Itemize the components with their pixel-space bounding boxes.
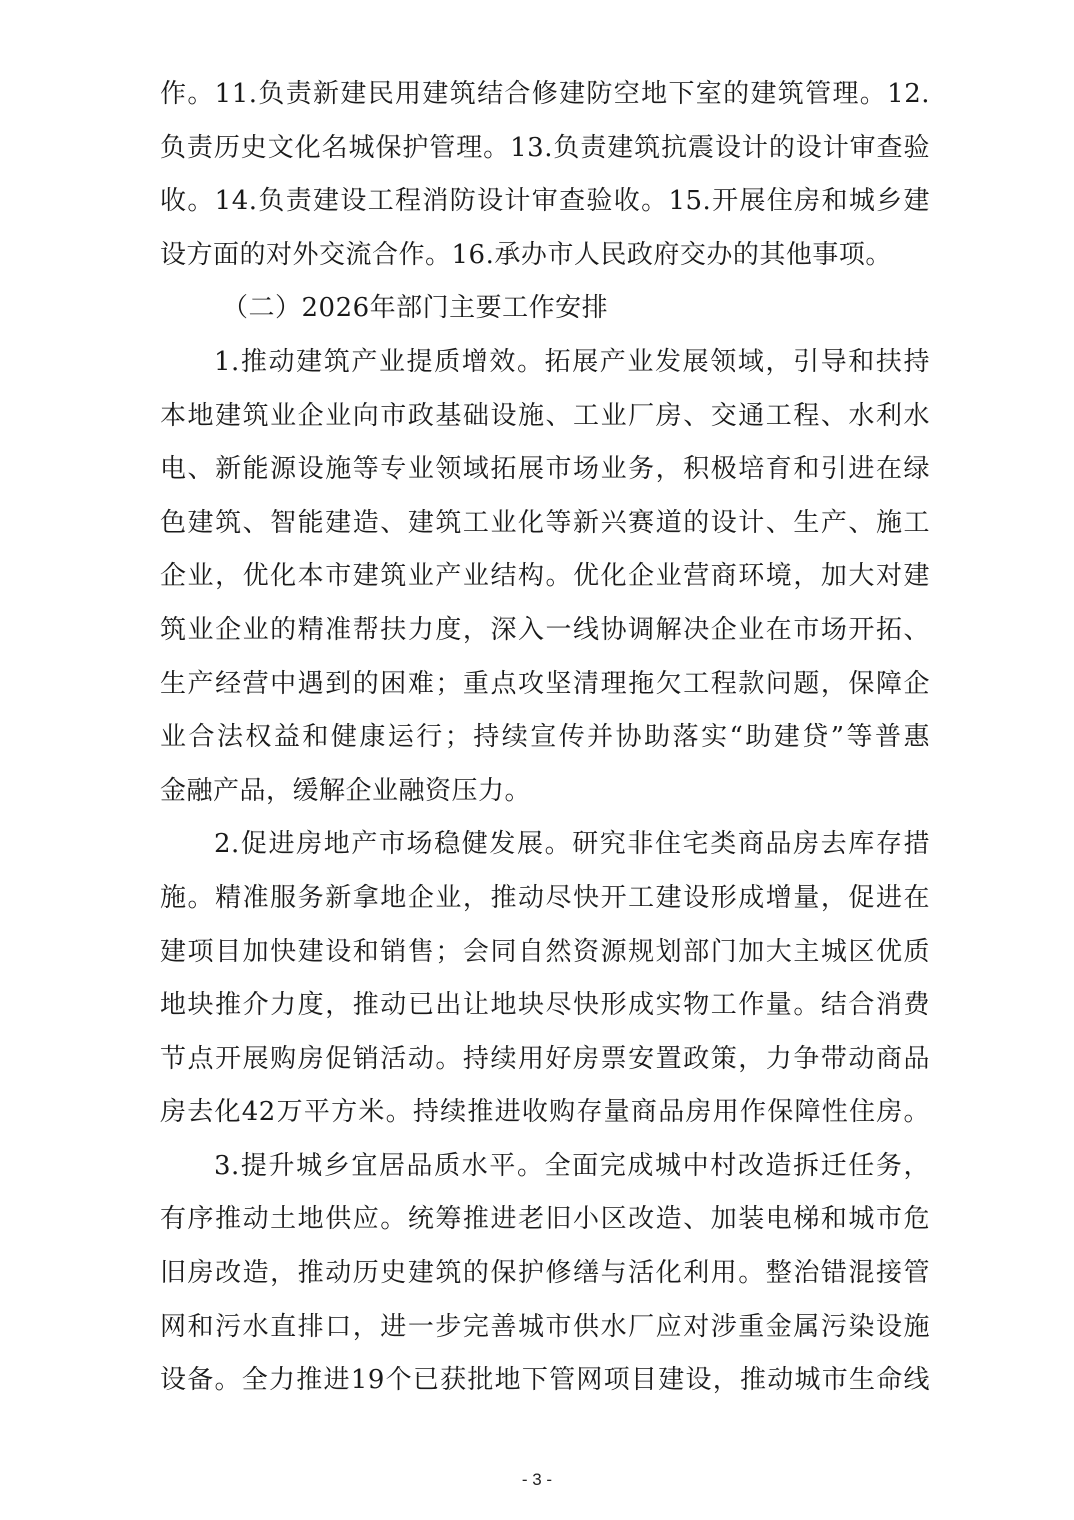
continued-paragraph: 作。11.负责新建民用建筑结合修建防空地下室的建筑管理。12. 负责历史文化名城…: [160, 68, 930, 282]
text-line: 作。11.负责新建民用建筑结合修建防空地下室的建筑管理。12.: [160, 68, 930, 122]
text-line: 收。14.负责建设工程消防设计审查验收。15.开展住房和城乡建: [160, 175, 930, 229]
document-page: 作。11.负责新建民用建筑结合修建防空地下室的建筑管理。12. 负责历史文化名城…: [160, 68, 930, 1408]
text-line: 设备。全力推进19个已获批地下管网项目建设，推动城市生命线: [160, 1354, 930, 1408]
text-line: 企业，优化本市建筑业产业结构。优化企业营商环境，加大对建: [160, 550, 930, 604]
text-line: 施。精准服务新拿地企业，推动尽快开工建设形成增量，促进在: [160, 872, 930, 926]
text-line: 生产经营中遇到的困难；重点攻坚清理拖欠工程款问题，保障企: [160, 658, 930, 712]
section-heading: （二）2026年部门主要工作安排: [160, 282, 930, 336]
text-line: 网和污水直排口，进一步完善城市供水厂应对涉重金属污染设施: [160, 1301, 930, 1355]
text-line: 设方面的对外交流合作。16.承办市人民政府交办的其他事项。: [160, 229, 930, 283]
page-number: - 3 -: [0, 1470, 1074, 1490]
text-line: 建项目加快建设和销售；会同自然资源规划部门加大主城区优质: [160, 926, 930, 980]
text-line: 地块推介力度，推动已出让地块尽快形成实物工作量。结合消费: [160, 979, 930, 1033]
text-line: 旧房改造，推动历史建筑的保护修缮与活化利用。整治错混接管: [160, 1247, 930, 1301]
paragraph-item-1: 1.推动建筑产业提质增效。拓展产业发展领域，引导和扶持 本地建筑业企业向市政基础…: [160, 336, 930, 818]
text-line: 3.提升城乡宜居品质水平。全面完成城中村改造拆迁任务，: [160, 1140, 930, 1194]
text-line: 1.推动建筑产业提质增效。拓展产业发展领域，引导和扶持: [160, 336, 930, 390]
text-line: 筑业企业的精准帮扶力度，深入一线协调解决企业在市场开拓、: [160, 604, 930, 658]
text-line: 有序推动土地供应。统筹推进老旧小区改造、加装电梯和城市危: [160, 1193, 930, 1247]
text-line: 负责历史文化名城保护管理。13.负责建筑抗震设计的设计审查验: [160, 122, 930, 176]
text-line: 业合法权益和健康运行；持续宣传并协助落实“助建贷”等普惠: [160, 711, 930, 765]
paragraph-item-2: 2.促进房地产市场稳健发展。研究非住宅类商品房去库存措 施。精准服务新拿地企业，…: [160, 818, 930, 1140]
text-line: 2.促进房地产市场稳健发展。研究非住宅类商品房去库存措: [160, 818, 930, 872]
paragraph-item-3: 3.提升城乡宜居品质水平。全面完成城中村改造拆迁任务， 有序推动土地供应。统筹推…: [160, 1140, 930, 1408]
text-line: 金融产品，缓解企业融资压力。: [160, 765, 930, 819]
text-line: 电、新能源设施等专业领域拓展市场业务，积极培育和引进在绿: [160, 443, 930, 497]
text-line: 本地建筑业企业向市政基础设施、工业厂房、交通工程、水利水: [160, 390, 930, 444]
text-line: 节点开展购房促销活动。持续用好房票安置政策，力争带动商品: [160, 1033, 930, 1087]
text-line: 色建筑、智能建造、建筑工业化等新兴赛道的设计、生产、施工: [160, 497, 930, 551]
text-line: 房去化42万平方米。持续推进收购存量商品房用作保障性住房。: [160, 1086, 930, 1140]
